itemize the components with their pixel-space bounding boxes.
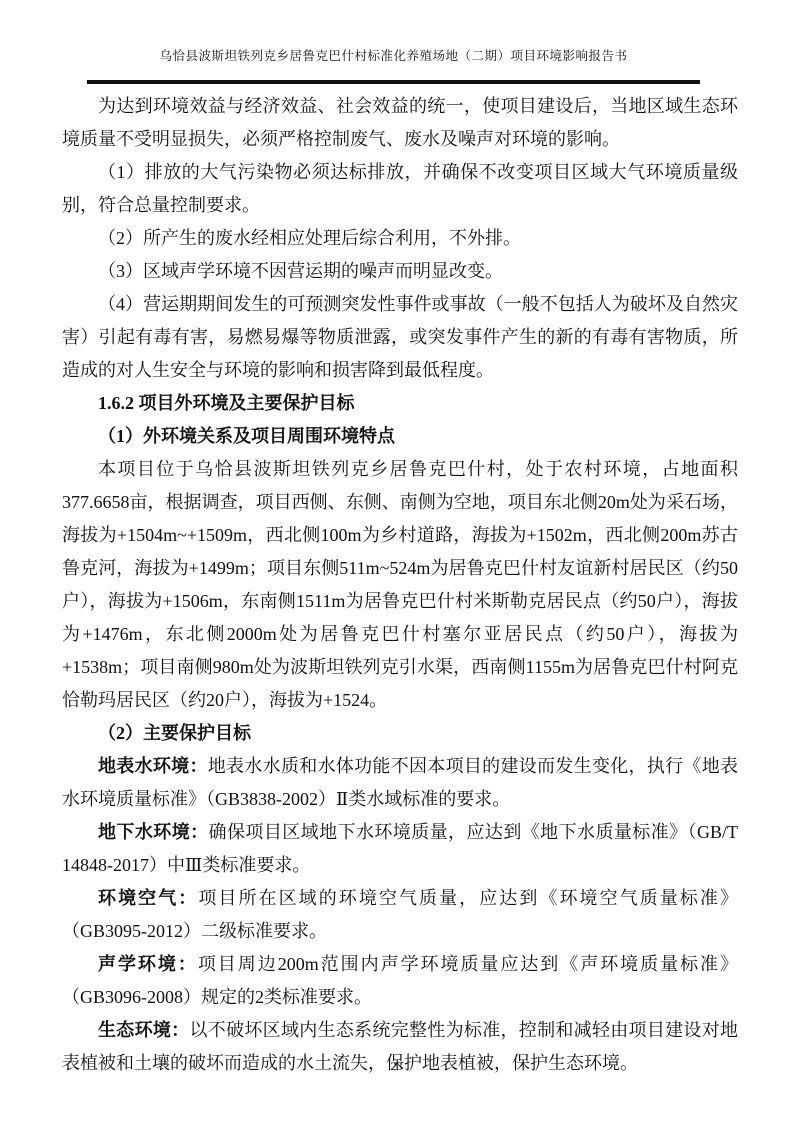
header-rule-divider bbox=[87, 80, 700, 84]
paragraph-requirement-4: （4）营运期期间发生的可预测突发性事件或事故（一般不包括人为破坏及自然灾害）引起… bbox=[62, 288, 738, 387]
report-title: 乌恰县波斯坦铁列克乡居鲁克巴什村标准化养殖场地（二期）项目环境影响报告书 bbox=[159, 49, 627, 63]
page-footer: 23 bbox=[0, 1059, 793, 1074]
paragraph-target-groundwater: 地下水环境：确保项目区域地下水环境质量，应达到《地下水质量标准》（GB/T 14… bbox=[62, 816, 738, 882]
subsection-heading-protection-targets: （2）主要保护目标 bbox=[62, 717, 738, 750]
document-body: 为达到环境效益与经济效益、社会效益的统一，使项目建设后，当地区域生态环境质量不受… bbox=[62, 90, 738, 1080]
paragraph-surroundings: 本项目位于乌恰县波斯坦铁列克乡居鲁克巴什村，处于农村环境，占地面积377.665… bbox=[62, 453, 738, 717]
paragraph-requirement-1: （1）排放的大气污染物必须达标排放，并确保不改变项目区域大气环境质量级别，符合总… bbox=[62, 156, 738, 222]
paragraph-requirement-3: （3）区域声学环境不因营运期的噪声而明显改变。 bbox=[62, 255, 738, 288]
paragraph-target-air: 环境空气：项目所在区域的环境空气质量，应达到《环境空气质量标准》（GB3095-… bbox=[62, 882, 738, 948]
target-label-acoustic: 声学环境： bbox=[98, 954, 198, 974]
subsection-heading-environment-features: （1）外环境关系及项目周围环境特点 bbox=[62, 420, 738, 453]
paragraph-target-surface-water: 地表水环境：地表水水质和水体功能不因本项目的建设而发生变化，执行《地表水环境质量… bbox=[62, 750, 738, 816]
section-heading-1-6-2: 1.6.2 项目外环境及主要保护目标 bbox=[62, 387, 738, 420]
target-label-ecology: 生态环境： bbox=[98, 1020, 189, 1040]
page-number: 23 bbox=[391, 1059, 403, 1073]
page-header: 乌恰县波斯坦铁列克乡居鲁克巴什村标准化养殖场地（二期）项目环境影响报告书 bbox=[87, 48, 700, 65]
target-label-surface-water: 地表水环境： bbox=[98, 756, 208, 776]
paragraph-requirement-2: （2）所产生的废水经相应处理后综合利用，不外排。 bbox=[62, 222, 738, 255]
target-label-air: 环境空气： bbox=[98, 888, 198, 908]
paragraph-target-acoustic: 声学环境：项目周边200m范围内声学环境质量应达到《声环境质量标准》（GB309… bbox=[62, 948, 738, 1014]
paragraph-intro: 为达到环境效益与经济效益、社会效益的统一，使项目建设后，当地区域生态环境质量不受… bbox=[62, 90, 738, 156]
target-label-groundwater: 地下水环境： bbox=[98, 822, 209, 842]
document-page: 乌恰县波斯坦铁列克乡居鲁克巴什村标准化养殖场地（二期）项目环境影响报告书 为达到… bbox=[0, 0, 793, 1122]
